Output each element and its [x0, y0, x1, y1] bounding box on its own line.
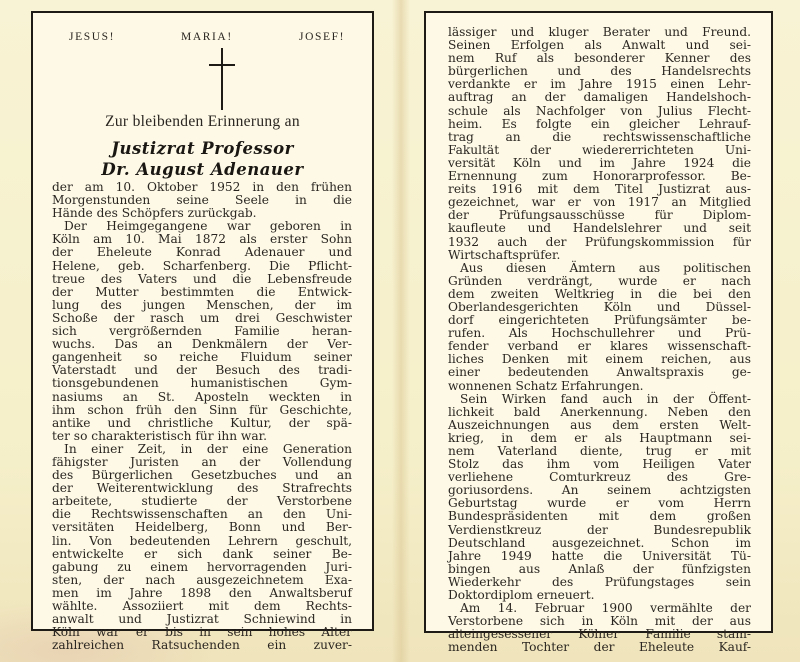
right-page-body: lässiger und kluger Berater und Freund.S…	[448, 26, 751, 655]
text-line: Bundespräsidenten mit dem großen	[448, 510, 751, 523]
text-line: Wirtschaftsprüfer.	[448, 249, 751, 262]
text-line: einer bedeutenden Anwaltspraxis ge-	[448, 366, 751, 379]
text-line: Aus diesen Ämtern aus politischen	[448, 262, 751, 275]
text-line: Sein Wirken fand auch in der Öffent-	[448, 393, 751, 406]
memory-line: Zur bleibenden Erinnerung an	[33, 113, 372, 131]
text-line: Jahre 1949 hatte die Universität Tü-	[448, 550, 751, 563]
text-line: lichkeit bald Anerkennung. Neben den	[448, 406, 751, 419]
text-line: der Mutter bestimmten die Entwick-	[52, 286, 352, 299]
invocation-maria: MARIA!	[181, 31, 233, 43]
text-line: lin. Von bedeutenden Lehrern geschult,	[52, 535, 352, 548]
text-line: Deutschland ausgezeichnet. Schon im	[448, 537, 751, 550]
paper-fold	[392, 0, 410, 662]
text-line: Fakultät der wiedererrichteten Uni-	[448, 144, 751, 157]
right-page-panel: lässiger und kluger Berater und Freund.S…	[424, 11, 773, 633]
text-line: lung des jungen Menschen, der im	[52, 299, 352, 312]
text-line: zahlreichen Ratsuchenden ein zuver-	[52, 639, 352, 652]
invocation-josef: JOSEF!	[299, 31, 345, 43]
deceased-name: Dr. August Adenauer	[33, 160, 372, 179]
text-line: antike und christliche Kultur, der spä-	[52, 417, 352, 430]
text-line: trag an die rechtswissenschaftliche	[448, 131, 751, 144]
left-page-panel: JESUS! MARIA! JOSEF! Zur bleibenden Erin…	[31, 11, 374, 631]
text-line: bingen aus Anlaß der fünfzigsten	[448, 563, 751, 576]
text-line: gabung zu einem hervorragenden Juri-	[52, 561, 352, 574]
text-line: auftrag an der damaligen Handelshoch-	[448, 91, 751, 104]
text-line: ter so charakteristisch für ihn war.	[52, 430, 352, 443]
text-line: nasiums an St. Aposteln weckten in	[52, 391, 352, 404]
text-line: menden Tochter der Eheleute Kauf-	[448, 641, 751, 654]
text-line: heim. Es folgte ein gleicher Lehrauf-	[448, 118, 751, 131]
text-line: Helene, geb. Scharfenberg. Die Pflicht-	[52, 260, 352, 273]
text-line: Auszeichnungen aus dem ersten Welt-	[448, 419, 751, 432]
text-line: versitäten Heidelberg, Bonn und Ber-	[52, 521, 352, 534]
invocations-row: JESUS! MARIA! JOSEF!	[33, 31, 372, 47]
text-line: dem zweiten Weltkrieg in die bei den	[448, 288, 751, 301]
text-line: wonnenen Schatz Erfahrungen.	[448, 380, 751, 393]
text-line: tionsgebundenen humanistischen Gym-	[52, 377, 352, 390]
text-line: der Eheleute Konrad Adenauer und	[52, 246, 352, 259]
deceased-title: Justizrat Professor	[33, 139, 372, 158]
text-line: sten, der nach ausgezeichnetem Exa-	[52, 574, 352, 587]
text-line: ihm schon früh den Sinn für Geschichte,	[52, 404, 352, 417]
text-line: 1932 auch der Prüfungskommission für	[448, 236, 751, 249]
text-line: In einer Zeit, in der eine Generation	[52, 443, 352, 456]
text-line: Verdienstkreuz der Bundesrepublik	[448, 524, 751, 537]
left-page-body: der am 10. Oktober 1952 in den frühenMor…	[52, 181, 352, 652]
text-line: Gründen verdrängt, wurde er nach	[448, 275, 751, 288]
text-line: kaufleute und Handelslehrer und seit	[448, 222, 751, 235]
cross-icon	[209, 48, 235, 110]
text-line: schule als Nachfolger von Julius Flecht-	[448, 105, 751, 118]
text-line: treue des Vaters und die Lebensfreude	[52, 273, 352, 286]
text-line: entwickelte er sich dank seiner Be-	[52, 548, 352, 561]
invocation-jesus: JESUS!	[69, 31, 115, 43]
